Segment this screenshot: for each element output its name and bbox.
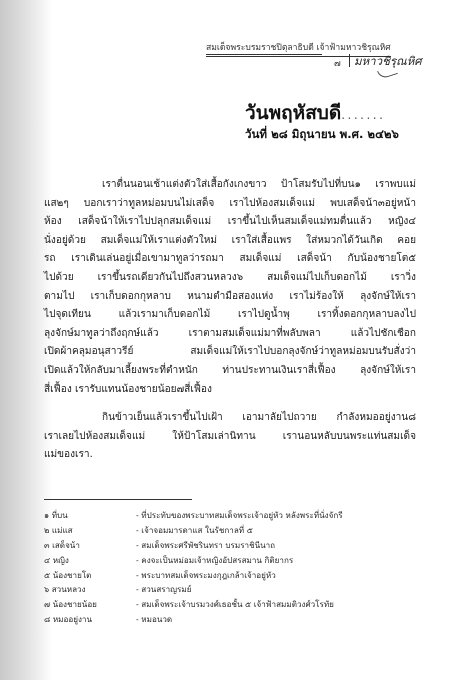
footnote-separator	[44, 499, 192, 500]
footnote-item: ๗ น้องชายน้อย - สมเด็จพระเจ้าบรมวงศ์เธอช…	[44, 597, 424, 612]
footnote-definition: - หมอนวด	[136, 613, 424, 626]
footnote-definition: - ที่ประทับของพระบาทสมเด็จพระเจ้าอยู่หัว…	[136, 509, 424, 522]
footnotes: ๑ ที่บน - ที่ประทับของพระบาทสมเด็จพระเจ้…	[44, 508, 424, 627]
body-line: เปิดแล้วให้กลับมาเลี้ยงพระที่ตำหนัก ท่าน…	[44, 362, 416, 381]
entry-date: วันที่ ๒๘ มิถุนายน พ.ศ. ๒๔๒๖	[245, 126, 399, 144]
entry-day-dots: .......	[341, 108, 385, 122]
footnote-definition: - สมเด็จพระเจ้าบรมวงศ์เธอชั้น ๕ เจ้าฟ้าส…	[136, 598, 424, 611]
body-line: แส๒ๆ บอกเราว่าทูลหม่อมบนไม่เสด็จ เราไปห้…	[44, 195, 416, 214]
body-line: เปิดผ้าคลุมอนุสาวรีย์ สมเด็จแม่ให้เราไปบ…	[44, 343, 416, 362]
running-head-line2: ๗ มหาวชิรุณหิศ	[206, 54, 428, 68]
footnote-definition: - คงจะเป็นหม่อมเจ้าหญิงอัปสรสมาน กิติยาก…	[136, 554, 424, 567]
body-line: ตามไป เราเก็บดอกกุหลาบ หนามตำมือสองแห่ง …	[44, 288, 416, 307]
body-line: สี่เฟื้อง เรารับแทนน้องชายน้อย๗สี่เฟื้อง	[44, 381, 416, 400]
footnote-term: ๕ น้องชายโต	[44, 569, 136, 582]
running-head-divider	[349, 54, 350, 67]
diary-body: เราตื่นนอนเช้าแต่งตัวใส่เสื้อกังเกงขาว ป…	[44, 176, 416, 465]
footnote-term: ๔ หญิง	[44, 554, 136, 567]
footnote-definition: - สมเด็จพระศรีพัชรินทรา บรมราชินีนาถ	[136, 539, 424, 552]
body-line: เราตื่นนอนเช้าแต่งตัวใส่เสื้อกังเกงขาว ป…	[44, 176, 416, 195]
paragraph-2: กินข้าวเย็นแล้วเราขึ้นไปเฝ้า เอามาลัยไปถ…	[44, 409, 416, 465]
footnote-definition: - พระบาทสมเด็จพระมงกุฎเกล้าเจ้าอยู่หัว	[136, 569, 424, 582]
entry-day-heading: วันพฤหัสบดี.......	[245, 98, 385, 128]
running-head-rule	[206, 54, 322, 55]
body-line: ไปจุดเทียน แล้วเรามาเก็บดอกไม้ เราไปดูน้…	[44, 306, 416, 325]
body-line: แม่ของเรา.	[44, 446, 416, 465]
paragraph-gap	[44, 399, 416, 409]
footnote-term: ๑ ที่บน	[44, 509, 136, 522]
body-line: นั่งอยู่ด้วย สมเด็จแม่ให้เราแต่งตัวใหม่ …	[44, 232, 416, 251]
page-number: ๗	[334, 56, 341, 70]
footnote-item: ๖ สวนหลวง - สวนสราญรมย์	[44, 582, 424, 597]
footnote-term: ๒ แม่แส	[44, 524, 136, 537]
body-line: ลุงจักษ์มาทูลว่าถึงฤกษ์แล้ว เราตามสมเด็จ…	[44, 325, 416, 344]
body-line: ไปด้วย เราขึ้นรถเดียวกันไปถึงสวนหลวง๖ สม…	[44, 269, 416, 288]
body-line: รถ เราเดินเล่นอยู่เมื่อเขามาทูลว่ารถมา ส…	[44, 250, 416, 269]
footnote-term: ๖ สวนหลวง	[44, 583, 136, 596]
footnote-item: ๘ หมออยู่งาน - หมอนวด	[44, 612, 424, 627]
running-head: สมเด็จพระบรมราชปิตุลาธิบดี เจ้าฟ้ามหาวชิ…	[206, 40, 434, 57]
footnote-term: ๓ เสด็จน้า	[44, 539, 136, 552]
footnote-definition: - เจ้าจอมมารดาแส ในรัชกาลที่ ๕	[136, 524, 424, 537]
footnote-item: ๔ หญิง - คงจะเป็นหม่อมเจ้าหญิงอัปสรสมาน …	[44, 553, 424, 568]
body-line: ห้อง เสด็จน้าให้เราไปปลุกสมเด็จแม่ เราขึ…	[44, 213, 416, 232]
entry-day: วันพฤหัสบดี	[245, 102, 341, 124]
footnote-term: ๗ น้องชายน้อย	[44, 598, 136, 611]
footnote-item: ๑ ที่บน - ที่ประทับของพระบาทสมเด็จพระเจ้…	[44, 508, 424, 523]
book-page: สมเด็จพระบรมราชปิตุลาธิบดี เจ้าฟ้ามหาวชิ…	[0, 0, 459, 680]
footnote-term: ๘ หมออยู่งาน	[44, 613, 136, 626]
footnote-item: ๕ น้องชายโต - พระบาทสมเด็จพระมงกุฎเกล้าเ…	[44, 568, 424, 583]
footnote-item: ๓ เสด็จน้า - สมเด็จพระศรีพัชรินทรา บรมรา…	[44, 538, 424, 553]
body-line: กินข้าวเย็นแล้วเราขึ้นไปเฝ้า เอามาลัยไปถ…	[44, 409, 416, 428]
paragraph-1: เราตื่นนอนเช้าแต่งตัวใส่เสื้อกังเกงขาว ป…	[44, 176, 416, 399]
footnote-item: ๒ แม่แส - เจ้าจอมมารดาแส ในรัชกาลที่ ๕	[44, 523, 424, 538]
footnote-definition: - สวนสราญรมย์	[136, 583, 424, 596]
body-line: เราเลยไปห้องสมเด็จแม่ ให้ป้าโสมเล่านิทาน…	[44, 428, 416, 447]
